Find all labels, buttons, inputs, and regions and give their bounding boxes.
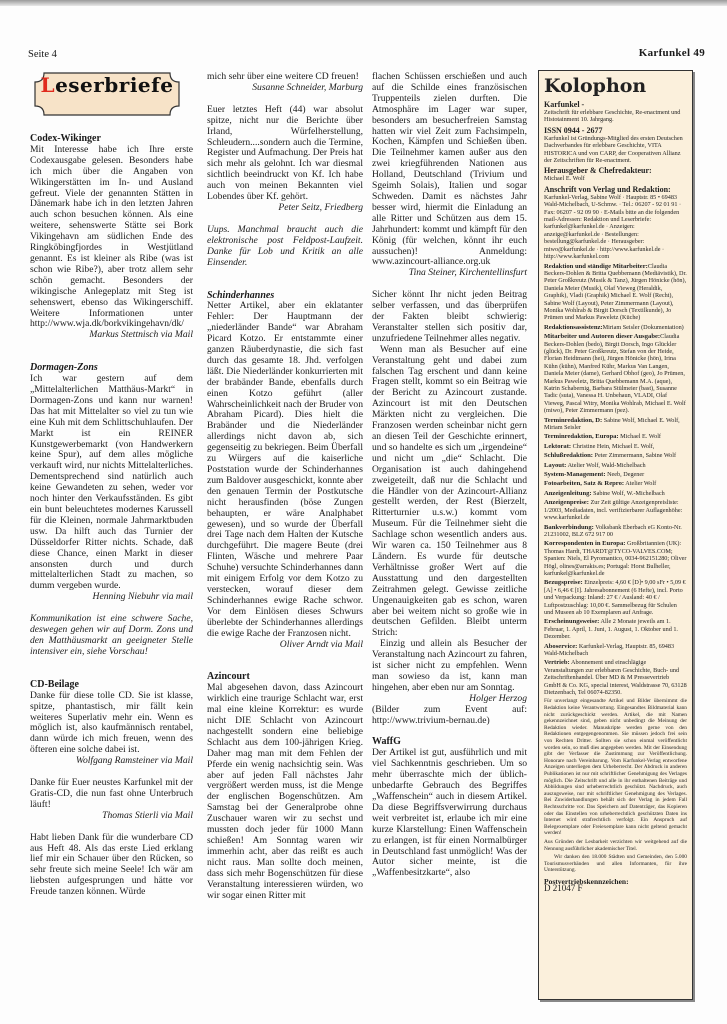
kolophon-entry-value: Miriam Seisler (Dokumentation) xyxy=(603,324,684,331)
kolophon-entry-value: Neeb, Degener xyxy=(606,471,645,478)
kolophon-heading: Anschrift von Verlag und Redaktion: xyxy=(544,185,687,194)
editor-note: Kommunikation ist eine schwere Sache, de… xyxy=(30,614,193,658)
postal-code: D 21047 F xyxy=(544,885,687,892)
kolophon-entry: Layout: Atelier Wolf, Wald-Michelbach xyxy=(544,462,687,469)
kolophon-entry: Redaktionsassistenz:Miriam Seisler (Doku… xyxy=(544,324,687,331)
kolophon-entry-value: Christine Hein, Michael E. Wolf, xyxy=(571,443,654,450)
letter-text: Euer letztes Heft (44) war absolut spitz… xyxy=(207,105,363,203)
kolophon-title: Kolophon xyxy=(544,75,687,97)
kolophon-entry-label: Terminredaktion, Europa: xyxy=(544,433,619,440)
kolophon-entry-label: Fotoarbeiten, Satz & Repro: xyxy=(544,480,624,487)
kolophon-entry: Aboservice: Karfunkel-Verlag, Hauptstr. … xyxy=(544,643,687,658)
academic-note: Aus Gründen der Lesbarkeit verzichten wi… xyxy=(544,839,687,852)
letter-text: Ich war gestern auf dem „Mittelalterlich… xyxy=(30,374,193,592)
letter-text: Danke für Euer neustes Karfunkel mit der… xyxy=(30,778,193,811)
kolophon-entry-value: Claudia Beckers-Dohlen & Britta Quebbema… xyxy=(544,263,687,322)
letter-text: Mit Interesse habe ich Ihre erste Codexa… xyxy=(30,145,193,330)
kolophon-entry: Redaktion und ständige Mitarbeiter:Claud… xyxy=(544,263,687,322)
letter-signature: Thomas Stierli via Mail xyxy=(30,811,193,822)
section-title: Leserbriefe xyxy=(34,80,180,91)
kolophon-text: Karfunkel ist Gründungs-Mitglied des ers… xyxy=(544,135,687,165)
kolophon-entry: Lektorat: Christine Hein, Michael E. Wol… xyxy=(544,443,687,450)
page-edge xyxy=(0,0,727,6)
kolophon-entry: Terminredaktion, Europa: Michael E. Wolf xyxy=(544,433,687,440)
kolophon-entry-label: Anzeigenpreise: xyxy=(544,499,589,506)
kolophon-entry: Anzeigenleitung: Sabine Wolf, W.-Michelb… xyxy=(544,490,687,497)
letter-signature: Wolfgang Ramsteiner via Mail xyxy=(30,756,193,767)
kolophon-entry-label: Schlußredaktion: xyxy=(544,452,593,459)
letter-signature: Peter Seitz, Friedberg xyxy=(207,203,363,214)
kolophon-text: Karfunkel-Verlag, Sabine Wolf · Hauptstr… xyxy=(544,194,687,261)
letter-text: flachen Schüssen erschießen und auch auf… xyxy=(372,72,527,268)
letter-signature: Henning Niebuhr via mail xyxy=(30,592,193,603)
kolophon-text: Michael E. Wolf xyxy=(544,175,687,182)
kolophon-entry-value: Peter Zimmermann, Sabine Wolf xyxy=(593,452,676,459)
column-3: flachen Schüssen erschießen und auch auf… xyxy=(372,72,527,879)
letter-text: (Bilder zum Event auf: http://www.triviu… xyxy=(372,705,527,727)
kolophon-entry: Bezugspreise: Einzelpreis: 4,60 € [D]• 9… xyxy=(544,579,687,616)
kolophon-entry: Vertrieb: Abonnement und einschlägige Ve… xyxy=(544,659,687,696)
letter-text: Sicher könnt Ihr nicht jeden Beitrag sel… xyxy=(372,290,527,345)
letter-signature: Susanne Schneider, Marburg xyxy=(207,83,363,94)
kolophon-heading: ISSN 0944 - 2677 xyxy=(544,126,687,135)
letter-text: Einzig und allein als Besucher der Veran… xyxy=(372,639,527,694)
letter-signature: Oliver Arndt via Mail xyxy=(207,640,363,651)
kolophon-entry: Anzeigenpreise: Zur Zeit gültige Anzeige… xyxy=(544,499,687,521)
kolophon-entry-label: Korrespondenten in Europa: xyxy=(544,540,625,547)
letter-signature: Tina Steiner, Kirchentellinsfurt xyxy=(372,268,527,279)
kolophon-entry-value: Claudia Beckers-Dohlen (bedo), Birgit Do… xyxy=(544,333,686,414)
kolophon-entry-value: Atelier Wolf xyxy=(624,480,656,487)
kolophon-entry-label: System-Management: xyxy=(544,471,606,478)
kolophon-entry-value: Atelier Wolf, Wald-Michelbach xyxy=(566,462,645,469)
kolophon-entry-label: Erscheinungsweise: xyxy=(544,618,599,625)
kolophon-entry-label: Redaktionsassistenz: xyxy=(544,324,603,331)
letter-signature: Markus Stettnisch via Mail xyxy=(30,330,193,341)
letter-text: Mal abgesehen davon, dass Azincourt wirk… xyxy=(207,683,363,901)
kolophon-entry: System-Management: Neeb, Degener xyxy=(544,471,687,478)
kolophon-entry: Bankverbindung: Volksbank Eberbach eG Ko… xyxy=(544,524,687,539)
page-number: Seite 4 xyxy=(28,49,57,60)
kolophon-entry: Schlußredaktion: Peter Zimmermann, Sabin… xyxy=(544,452,687,459)
letter-text: Wenn man als Besucher auf eine Veranstal… xyxy=(372,345,527,639)
kolophon-text: Zeitschrift für erlebbare Geschichte, Re… xyxy=(544,109,687,124)
kolophon-entry: Fotoarbeiten, Satz & Repro: Atelier Wolf xyxy=(544,480,687,487)
kolophon-entry-label: Layout: xyxy=(544,462,566,469)
kolophon-entry-value: Sabine Wolf, W.-Michelbach xyxy=(592,490,665,497)
kolophon-entry-label: Redaktion und ständige Mitarbeiter: xyxy=(544,263,648,270)
letter-text: Netter Artikel, aber ein eklatanter Fehl… xyxy=(207,301,363,639)
kolophon-entry-label: Anzeigenleitung: xyxy=(544,490,592,497)
kolophon-box: Kolophon Karfunkel -Zeitschrift für erle… xyxy=(538,70,693,1000)
kolophon-entry-label: Aboservice: xyxy=(544,643,577,650)
letter-text: Danke für diese tolle CD. Sie ist klasse… xyxy=(30,691,193,756)
kolophon-entry-label: Vertrieb: xyxy=(544,659,570,666)
issue-label: Karfunkel 49 xyxy=(639,47,705,59)
kolophon-heading: Herausgeber & Chefredakteur: xyxy=(544,166,687,175)
disclaimer: Für unverlangt eingesandte Artikel und B… xyxy=(544,698,687,836)
kolophon-entry-label: Bezugspreise: xyxy=(544,579,583,586)
kolophon-entry-label: Terminredaktion, D: xyxy=(544,417,602,424)
kolophon-entry-label: Lektorat: xyxy=(544,443,571,450)
kolophon-entry: Erscheinungsweise: Alle 2 Monate jeweils… xyxy=(544,618,687,640)
kolophon-entry-value: Michael E. Wolf xyxy=(619,433,661,440)
kolophon-entry: Mitarbeiter und Autoren dieser Ausgabe:C… xyxy=(544,333,687,414)
editor-note: Uups. Manchmal braucht auch die elektron… xyxy=(207,225,363,269)
letter-text: Habt lieben Dank für die wunderbare CD a… xyxy=(30,833,193,898)
column-2: mich sehr über eine weitere CD freuen!Su… xyxy=(207,72,363,901)
kolophon-heading: Karfunkel - xyxy=(544,100,687,109)
kolophon-entry-label: Mitarbeiter und Autoren dieser Ausgabe: xyxy=(544,333,660,340)
kolophon-entry: Korrespondenten in Europa: Großbritannie… xyxy=(544,540,687,577)
kolophon-entry-label: Bankverbindung: xyxy=(544,524,594,531)
kolophon-entry: Terminredaktion, D: Sabine Wolf, Michael… xyxy=(544,417,687,432)
thanks-note: Wir danken den 18.000 Städten und Gemein… xyxy=(544,854,687,874)
column-1: Leserbriefe Codex-WikingerMit Interesse … xyxy=(30,72,193,898)
letter-text: Der Artikel ist gut, ausführlich und mit… xyxy=(372,748,527,879)
section-sign-leserbriefe: Leserbriefe xyxy=(34,72,180,116)
